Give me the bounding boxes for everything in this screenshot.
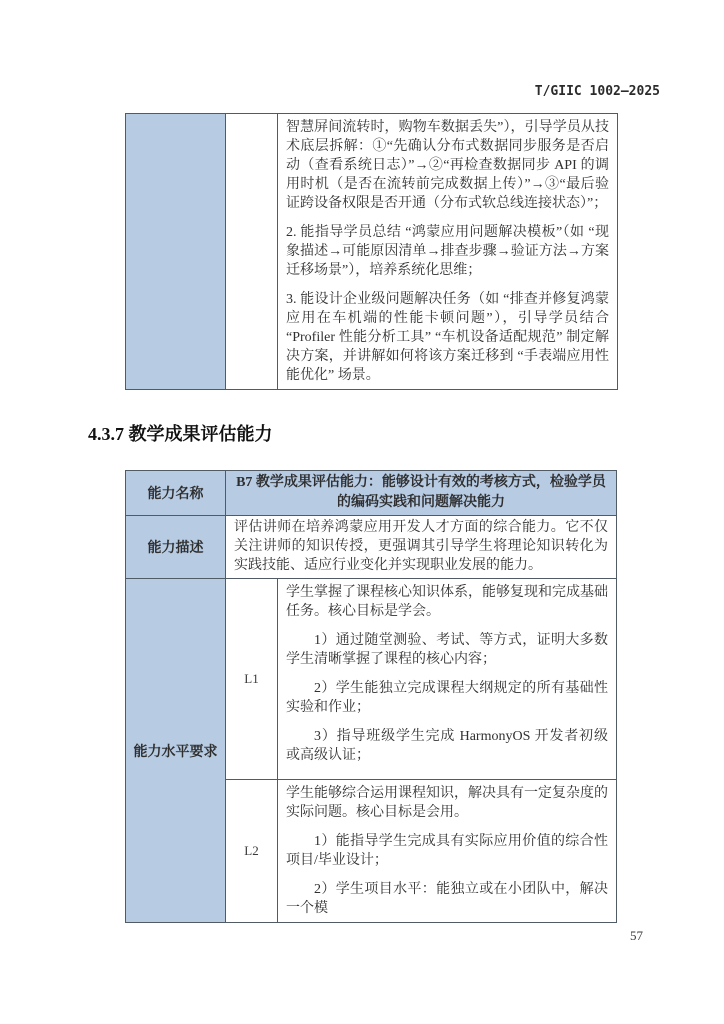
level-label-cell-continued xyxy=(126,114,226,389)
level-item: 3）指导班级学生完成 HarmonyOS 开发者初级或高级认证； xyxy=(286,727,608,765)
level-row-l2: L2 学生能够综合运用课程知识，解决具有一定复杂度的实际问题。核心目标是会用。 … xyxy=(226,779,616,922)
level-item: 1）通过随堂测验、考试、等方式，证明大多数学生清晰掌握了课程的核心内容； xyxy=(286,631,608,669)
level-intro: 学生掌握了课程核心知识体系，能够复现和完成基础任务。核心目标是学会。 xyxy=(286,583,608,621)
capability-desc-row: 能力描述 评估讲师在培养鸿蒙应用开发人才方面的综合能力。它不仅关注讲师的知识传授… xyxy=(126,515,616,578)
continuation-table: 智慧屏间流转时，购物车数据丢失”），引导学员从技术底层拆解：①“先确认分布式数据… xyxy=(125,113,618,390)
level-code-cell-continued xyxy=(226,114,278,389)
level-content-l1: 学生掌握了课程核心知识体系，能够复现和完成基础任务。核心目标是学会。 1）通过随… xyxy=(278,579,616,779)
level-content-cell: 智慧屏间流转时，购物车数据丢失”），引导学员从技术底层拆解：①“先确认分布式数据… xyxy=(278,114,617,389)
level-item: 1）能指导学生完成具有实际应用价值的综合性项目/毕业设计； xyxy=(286,832,608,870)
level-code-l1: L1 xyxy=(226,579,278,779)
page-number: 57 xyxy=(630,928,643,944)
level-code-l2: L2 xyxy=(226,780,278,922)
level-intro: 学生能够综合运用课程知识，解决具有一定复杂度的实际问题。核心目标是会用。 xyxy=(286,784,608,822)
name-label-cell: 能力名称 xyxy=(126,471,226,515)
capability-name-row: 能力名称 B7 教学成果评估能力：能够设计有效的考核方式，检验学员的编码实践和问… xyxy=(126,471,616,515)
document-page: T/GIIC 1002—2025 智慧屏间流转时，购物车数据丢失”），引导学员从… xyxy=(0,0,724,1024)
doc-code-header: T/GIIC 1002—2025 xyxy=(535,84,660,99)
capability-table: 能力名称 B7 教学成果评估能力：能够设计有效的考核方式，检验学员的编码实践和问… xyxy=(125,470,617,923)
desc-label-cell: 能力描述 xyxy=(126,516,226,578)
desc-value-cell: 评估讲师在培养鸿蒙应用开发人才方面的综合能力。它不仅关注讲师的知识传授，更强调其… xyxy=(226,516,616,578)
capability-levels-row: 能力水平要求 L1 学生掌握了课程核心知识体系，能够复现和完成基础任务。核心目标… xyxy=(126,578,616,922)
levels-group: L1 学生掌握了课程核心知识体系，能够复现和完成基础任务。核心目标是学会。 1）… xyxy=(226,579,616,922)
section-heading-number: 4.3.7 xyxy=(88,424,124,444)
level-item: 2）学生项目水平：能独立或在小团队中，解决一个模 xyxy=(286,880,608,918)
paragraph: 智慧屏间流转时，购物车数据丢失”），引导学员从技术底层拆解：①“先确认分布式数据… xyxy=(286,118,609,213)
level-item: 2）学生能独立完成课程大纲规定的所有基础性实验和作业； xyxy=(286,679,608,717)
section-heading-title: 教学成果评估能力 xyxy=(129,424,273,444)
paragraph: 3. 能设计企业级问题解决任务（如 “排查并修复鸿蒙应用在车机端的性能卡顿问题”… xyxy=(286,290,609,385)
section-heading: 4.3.7 教学成果评估能力 xyxy=(88,420,273,446)
paragraph: 2. 能指导学员总结 “鸿蒙应用问题解决模板”（如 “现象描述→可能原因清单→排… xyxy=(286,223,609,280)
level-content-l2: 学生能够综合运用课程知识，解决具有一定复杂度的实际问题。核心目标是会用。 1）能… xyxy=(278,780,616,922)
level-row-l1: L1 学生掌握了课程核心知识体系，能够复现和完成基础任务。核心目标是学会。 1）… xyxy=(226,579,616,779)
name-value-cell: B7 教学成果评估能力：能够设计有效的考核方式，检验学员的编码实践和问题解决能力 xyxy=(226,471,616,515)
level-label-cell: 能力水平要求 xyxy=(126,579,226,922)
